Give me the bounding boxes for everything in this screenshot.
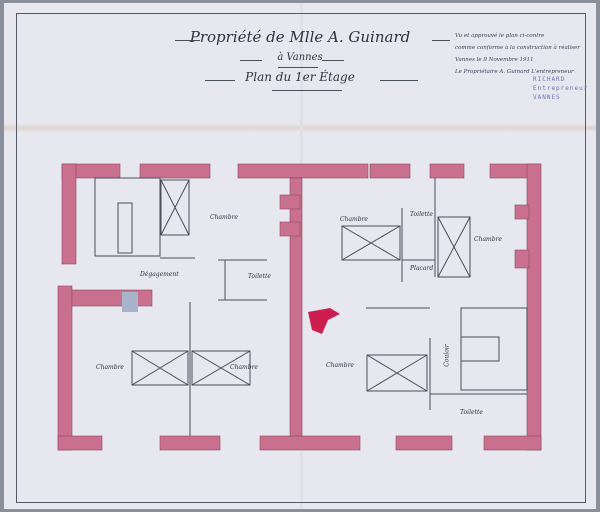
room-label: Toilette	[410, 211, 433, 218]
room-label: Chambre	[474, 236, 502, 243]
room-label: Placard	[410, 265, 433, 272]
room-label: Toilette	[248, 273, 271, 280]
room-label: Chambre	[96, 364, 124, 371]
chimney	[308, 308, 340, 334]
room-label: Couloir	[444, 344, 451, 366]
room-label: Chambre	[340, 216, 368, 223]
room-label: Chambre	[230, 364, 258, 371]
floor-plan	[0, 0, 600, 512]
room-label: Toilette	[460, 409, 483, 416]
flue	[122, 292, 138, 312]
room-label: Dégagement	[140, 271, 179, 278]
room-label: Chambre	[326, 362, 354, 369]
room-label: Chambre	[210, 214, 238, 221]
